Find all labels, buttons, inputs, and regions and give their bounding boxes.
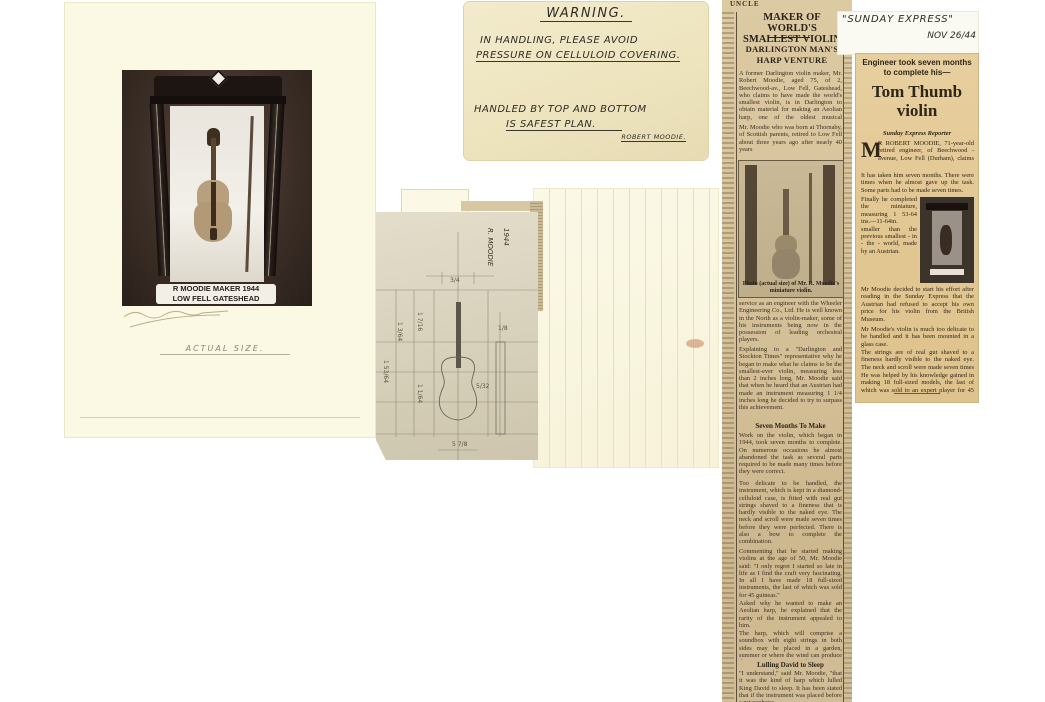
end-rule xyxy=(894,393,940,394)
news-headline: MAKER OF WORLD'S SMALLEST VIOLIN xyxy=(738,12,846,45)
headline-rule xyxy=(768,37,810,38)
divider xyxy=(80,417,360,418)
news-para-9: The harp, which will comprise a soundbox… xyxy=(739,630,842,660)
svg-text:1 3/64: 1 3/64 xyxy=(396,322,403,341)
tom-para-3: Finally he completed the miniature, meas… xyxy=(861,196,917,284)
news-violin-photo: Photo (actual size) of Mr. R. Moodie's m… xyxy=(738,160,844,298)
news-subheadline: DARLINGTON MAN'S HARP VENTURE xyxy=(738,44,846,66)
tom-thumb-photo xyxy=(919,196,975,284)
tom-para-6: The strings are of real gut shaved to a … xyxy=(861,349,974,371)
tp-violin xyxy=(940,225,952,255)
case-pillar-right xyxy=(261,104,284,276)
adjacent-column-left xyxy=(722,12,734,702)
violin-case-photo: R MOODIE MAKER 1944 LOW FELL GATESHEAD xyxy=(122,70,312,306)
warning-line-3: HANDLED BY TOP AND BOTTOM xyxy=(474,104,647,115)
tp-label xyxy=(930,269,964,275)
paper-slip xyxy=(401,189,469,215)
photo-caption: Photo (actual size) of Mr. R. Moodie's m… xyxy=(739,281,843,295)
tom-para-7: He was helped by his knowledge gained in… xyxy=(861,372,974,394)
svg-text:5/32: 5/32 xyxy=(476,383,490,390)
svg-text:1 53/64: 1 53/64 xyxy=(382,360,389,383)
warning-line-2: PRESSURE ON CELLULOID COVERING. xyxy=(476,50,680,62)
violin-fingerboard xyxy=(211,182,216,226)
photo-pillar-left xyxy=(745,165,757,285)
news-para-1: A former Darlington violin maker, Mr. Ro… xyxy=(739,70,842,122)
news-para-5: Work on the violin, which began in 1944,… xyxy=(739,432,842,478)
news-para-10: "I understand," said Mr. Moodie, "that i… xyxy=(739,670,842,702)
tom-para-1a: R ROBERT MOODIE, 71-year-old retired eng… xyxy=(878,140,974,162)
news-para-6: Too delicate to be handled, the instrume… xyxy=(739,480,842,546)
tom-para-5: Mr Moodie's violin is much too delicate … xyxy=(861,326,974,348)
source-label: "SUNDAY EXPRESS" xyxy=(842,14,954,25)
tom-kicker: Engineer took seven months to complete h… xyxy=(860,58,974,78)
news-subhead-lulling-david: Lulling David to Sleep xyxy=(739,661,842,669)
svg-text:1 1/64: 1 1/64 xyxy=(416,384,423,403)
column-rule-left xyxy=(736,12,737,702)
actual-size-caption: ACTUAL SIZE. xyxy=(160,344,290,355)
news-subhead-seven-months: Seven Months To Make xyxy=(739,422,842,430)
tom-byline: Sunday Express Reporter xyxy=(856,130,978,137)
newspaper-column-clipping: UNCLE MAKER OF WORLD'S SMALLEST VIOLIN D… xyxy=(722,0,852,702)
news-para-7: Commenting that he started making violin… xyxy=(739,548,842,600)
tom-para-4: Mr Moodie decided to start his effort af… xyxy=(861,286,974,324)
svg-text:1 7/16: 1 7/16 xyxy=(416,312,423,331)
svg-text:5 7/8: 5 7/8 xyxy=(452,441,468,448)
plan-stamp-name: R. MOODIE xyxy=(486,228,494,266)
warning-card: WARNING. IN HANDLING, PLEASE AVOID PRESS… xyxy=(464,2,708,160)
plan-sketch: 1 3/64 1 7/16 1 53/64 1 1/64 3/4 1/8 5/3… xyxy=(376,212,538,460)
warning-line-1: IN HANDLING, PLEASE AVOID xyxy=(480,35,638,46)
news-para-2: Mr. Moodie who was born at Thornaby, of … xyxy=(739,124,842,158)
lined-paper-sheet xyxy=(534,189,718,467)
tp-case-top xyxy=(926,203,968,210)
violin-bow xyxy=(245,116,253,272)
news-para-4: Explaining to a "Darlington and Stockton… xyxy=(739,346,842,420)
case-label-line2: LOW FELL GATESHEAD xyxy=(156,294,276,304)
news-para-3: service as an engineer with the Wheeler … xyxy=(739,300,842,344)
violin-plan-drawing: 1 3/64 1 7/16 1 53/64 1 1/64 3/4 1/8 5/3… xyxy=(376,212,538,460)
warning-line-4: IS SAFEST PLAN. xyxy=(506,119,622,131)
tom-para-2: It has taken him seven months. There wer… xyxy=(861,172,974,194)
tom-headline: Tom Thumb violin xyxy=(856,82,978,120)
case-glass xyxy=(170,106,264,282)
case-cornice xyxy=(150,96,286,104)
svg-text:3/4: 3/4 xyxy=(450,277,460,284)
paper-stain xyxy=(686,339,704,348)
case-label-line1: R MOODIE MAKER 1944 xyxy=(156,284,276,294)
clipping-date: NOV 26/44 xyxy=(927,31,976,41)
warning-signature: ROBERT MOODIE. xyxy=(621,133,686,142)
warning-title: WARNING. xyxy=(540,6,632,22)
news-para-8: Asked why he wanted to make an Aeolian h… xyxy=(739,600,842,630)
photo-violin-lower xyxy=(772,249,800,279)
plan-stamp-year: 1944 xyxy=(502,228,510,246)
column-rule-right xyxy=(843,12,844,702)
masthead: UNCLE xyxy=(730,0,760,8)
case-name-plate: R MOODIE MAKER 1944 LOW FELL GATESHEAD xyxy=(156,284,276,304)
tom-thumb-clipping: Engineer took seven months to complete h… xyxy=(856,54,978,402)
sunday-express-note: "SUNDAY EXPRESS" NOV 26/44 xyxy=(838,12,978,54)
photo-bow xyxy=(809,173,812,283)
tom-headline-line1: Tom Thumb xyxy=(856,82,978,101)
photo-pillar-right xyxy=(823,165,835,285)
tom-headline-line2: violin xyxy=(856,101,978,120)
photographer-signature xyxy=(122,307,232,329)
violin-tailpiece xyxy=(210,228,217,240)
svg-text:1/8: 1/8 xyxy=(498,325,508,332)
adjacent-column-right xyxy=(844,12,852,702)
mounted-photo-card: R MOODIE MAKER 1944 LOW FELL GATESHEAD A… xyxy=(64,2,376,438)
